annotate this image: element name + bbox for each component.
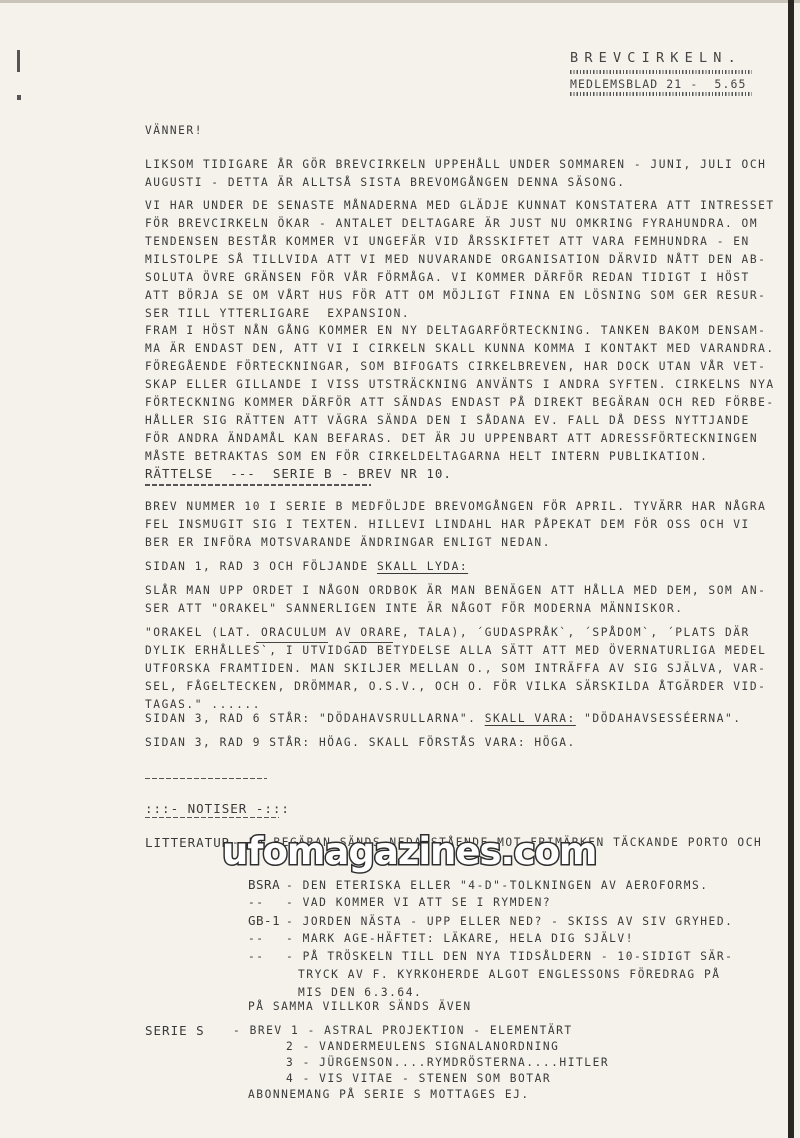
underline-mark bbox=[349, 642, 393, 643]
para3-line: ma är endast den, att vi i cirkeln skall… bbox=[145, 342, 775, 356]
lit-item-cont: tryck av f. Kyrkoherde Algot Englessons … bbox=[298, 968, 721, 982]
serie-s-label: SERIE S bbox=[145, 1024, 205, 1038]
quote1-line: Slår man upp ordet i någon ordbok är man… bbox=[145, 584, 766, 598]
heading-underline bbox=[145, 817, 279, 818]
serie-s-item: 2 - Vandermeulens signalanordning bbox=[286, 1040, 559, 1054]
para2-line: ser till ytterligare expansion. bbox=[145, 307, 410, 321]
margin-mark bbox=[17, 50, 20, 72]
quote1-line: ser att "orakel" sannerligen inte är någ… bbox=[145, 602, 684, 616]
item-text: - Mark Age-häftet: Läkare, hela dig själ… bbox=[286, 932, 634, 945]
para2-line: soluta övre gränsen för vår förmåga. Vi … bbox=[145, 271, 750, 285]
correction-emphasis: skall lyda: bbox=[377, 560, 468, 573]
header-rule bbox=[570, 70, 752, 74]
serie-s-item: 4 - Vis Vitae - stenen som botar bbox=[286, 1072, 551, 1086]
para3-line: Fram i höst nån gång kommer en ny deltag… bbox=[145, 324, 766, 338]
para1-line: augusti - detta är alltså sista brevomgå… bbox=[145, 176, 626, 190]
document-page: BREVCIRKELN. MEDLEMSBLAD 21 - 5.65 Vänne… bbox=[0, 0, 794, 1138]
lit-item: BSRA- Den eteriska eller "4-D"-tolkninge… bbox=[248, 878, 709, 893]
correction-text: "Dödahavsesséerna". bbox=[576, 712, 742, 725]
item-code: -- bbox=[248, 896, 286, 910]
newsletter-title: BREVCIRKELN. bbox=[570, 50, 742, 66]
quote2-line: utforska framtiden. Man skiljer mellan o… bbox=[145, 662, 766, 676]
para2-line: tendensen består kommer vi ungefär vid å… bbox=[145, 235, 750, 249]
quote2-line: dylik erhålles`, i utvidgad betydelse al… bbox=[145, 644, 766, 658]
litteratur-label: LITTERATUR bbox=[145, 836, 230, 850]
rattelse-intro-line: ber er införa motsvarande ändringar enli… bbox=[145, 536, 551, 550]
item-code: -- bbox=[248, 932, 286, 946]
item-text: - Den eteriska eller "4-D"-tolkningen av… bbox=[286, 879, 709, 892]
item-text: - På tröskeln till den nya tidsåldern - … bbox=[286, 950, 733, 963]
watermark-logo: ufomagazines.com bbox=[222, 830, 596, 873]
quote2-line: tagas." ...... bbox=[145, 698, 261, 712]
greeting: Vänner! bbox=[145, 124, 203, 138]
lit-item: --- Vad kommer vi att se i rymden? bbox=[248, 896, 551, 910]
paper-right-edge bbox=[788, 0, 794, 1138]
rattelse-heading: RÄTTELSE --- SERIE B - Brev nr 10. bbox=[145, 467, 452, 481]
header-rule bbox=[570, 92, 752, 96]
quote2-line: sel, fågeltecken, drömmar, o.s.v., och o… bbox=[145, 680, 766, 694]
item-text: - Vis Vitae - stenen som botar bbox=[294, 1072, 551, 1085]
item-text: - Vad kommer vi att se i rymden? bbox=[286, 896, 551, 909]
rattelse-intro-line: fel insmugit sig i texten. Hillevi Linda… bbox=[145, 518, 750, 532]
correction-line-1: Sidan 1, rad 3 och följande skall lyda: bbox=[145, 560, 468, 574]
correction-text: Sidan 3, rad 6 står: "Dödahavsrullarna". bbox=[145, 712, 485, 725]
lit-item: --- På tröskeln till den nya tidsåldern … bbox=[248, 950, 733, 964]
paper-top-edge bbox=[0, 0, 800, 3]
item-num: - brev 1 bbox=[233, 1024, 299, 1037]
para2-line: att börja se om vårt hus för att om möjl… bbox=[145, 289, 766, 303]
correction-text: Sidan 1, rad 3 och följande bbox=[145, 560, 377, 573]
item-text: - Jürgenson....rymdrösterna....Hitler bbox=[294, 1056, 609, 1069]
item-text: - Vandermeulens signalanordning bbox=[294, 1040, 559, 1053]
issue-line: MEDLEMSBLAD 21 - 5.65 bbox=[570, 77, 747, 91]
para2-line: Vi har under de senaste månaderna med gl… bbox=[145, 199, 775, 213]
para3-line: Föregående förteckningar, som bifogats c… bbox=[145, 360, 766, 374]
section-divider bbox=[145, 778, 267, 779]
para3-line: håller sig rätten att vägra sända den i … bbox=[145, 414, 750, 428]
rattelse-intro-line: Brev nummer 10 i serie B medföljde brevo… bbox=[145, 500, 766, 514]
quote2-line: "Orakel (lat. oraculum av orare, tala), … bbox=[145, 626, 750, 640]
serie-s-item: 3 - Jürgenson....rymdrösterna....Hitler bbox=[286, 1056, 609, 1070]
item-code: -- bbox=[248, 950, 286, 964]
lit-item: GB-1- Jorden nästa - upp eller ned? - sk… bbox=[248, 914, 733, 929]
same-terms: På samma villkor sänds även bbox=[248, 1000, 472, 1014]
para3-line: förteckning kommer därför att sändas end… bbox=[145, 396, 775, 410]
underline-mark bbox=[256, 642, 328, 643]
correction-emphasis: Skall vara: bbox=[485, 712, 576, 725]
lit-item-cont: MIS den 6.3.64. bbox=[298, 986, 422, 1000]
margin-mark bbox=[17, 95, 21, 100]
item-text: - Astral projektion - elementärt bbox=[299, 1024, 572, 1037]
lit-item: --- Mark Age-häftet: Läkare, hela dig sj… bbox=[248, 932, 634, 946]
para1-line: Liksom tidigare år gör Brevcirkeln uppeh… bbox=[145, 158, 766, 172]
para2-line: milstolpe så tillvida att vi med nuvaran… bbox=[145, 253, 766, 267]
para2-line: för Brevcirkeln ökar - antalet deltagare… bbox=[145, 217, 758, 231]
para3-line: för andra ändamål kan befaras. Det är ju… bbox=[145, 432, 758, 446]
correction-line-3: Sidan 3, rad 9 står: höag. Skall förstås… bbox=[145, 736, 576, 750]
heading-underline bbox=[145, 484, 371, 486]
no-subscription-note: Abonnemang på serie S mottages ej. bbox=[248, 1088, 530, 1102]
para3-line: skap eller gillande i viss utsträckning … bbox=[145, 378, 775, 392]
para3-line: måste betraktas som en för cirkeldeltaga… bbox=[145, 450, 708, 464]
serie-s-item: - brev 1 - Astral projektion - elementär… bbox=[233, 1024, 573, 1038]
item-code: GB-1 bbox=[248, 914, 286, 928]
item-code: BSRA bbox=[248, 878, 286, 892]
correction-line-2: Sidan 3, rad 6 står: "Dödahavsrullarna".… bbox=[145, 712, 742, 726]
notiser-heading: :::- NOTISER -::: bbox=[145, 802, 290, 816]
item-text: - Jorden nästa - upp eller ned? - skiss … bbox=[286, 915, 733, 928]
